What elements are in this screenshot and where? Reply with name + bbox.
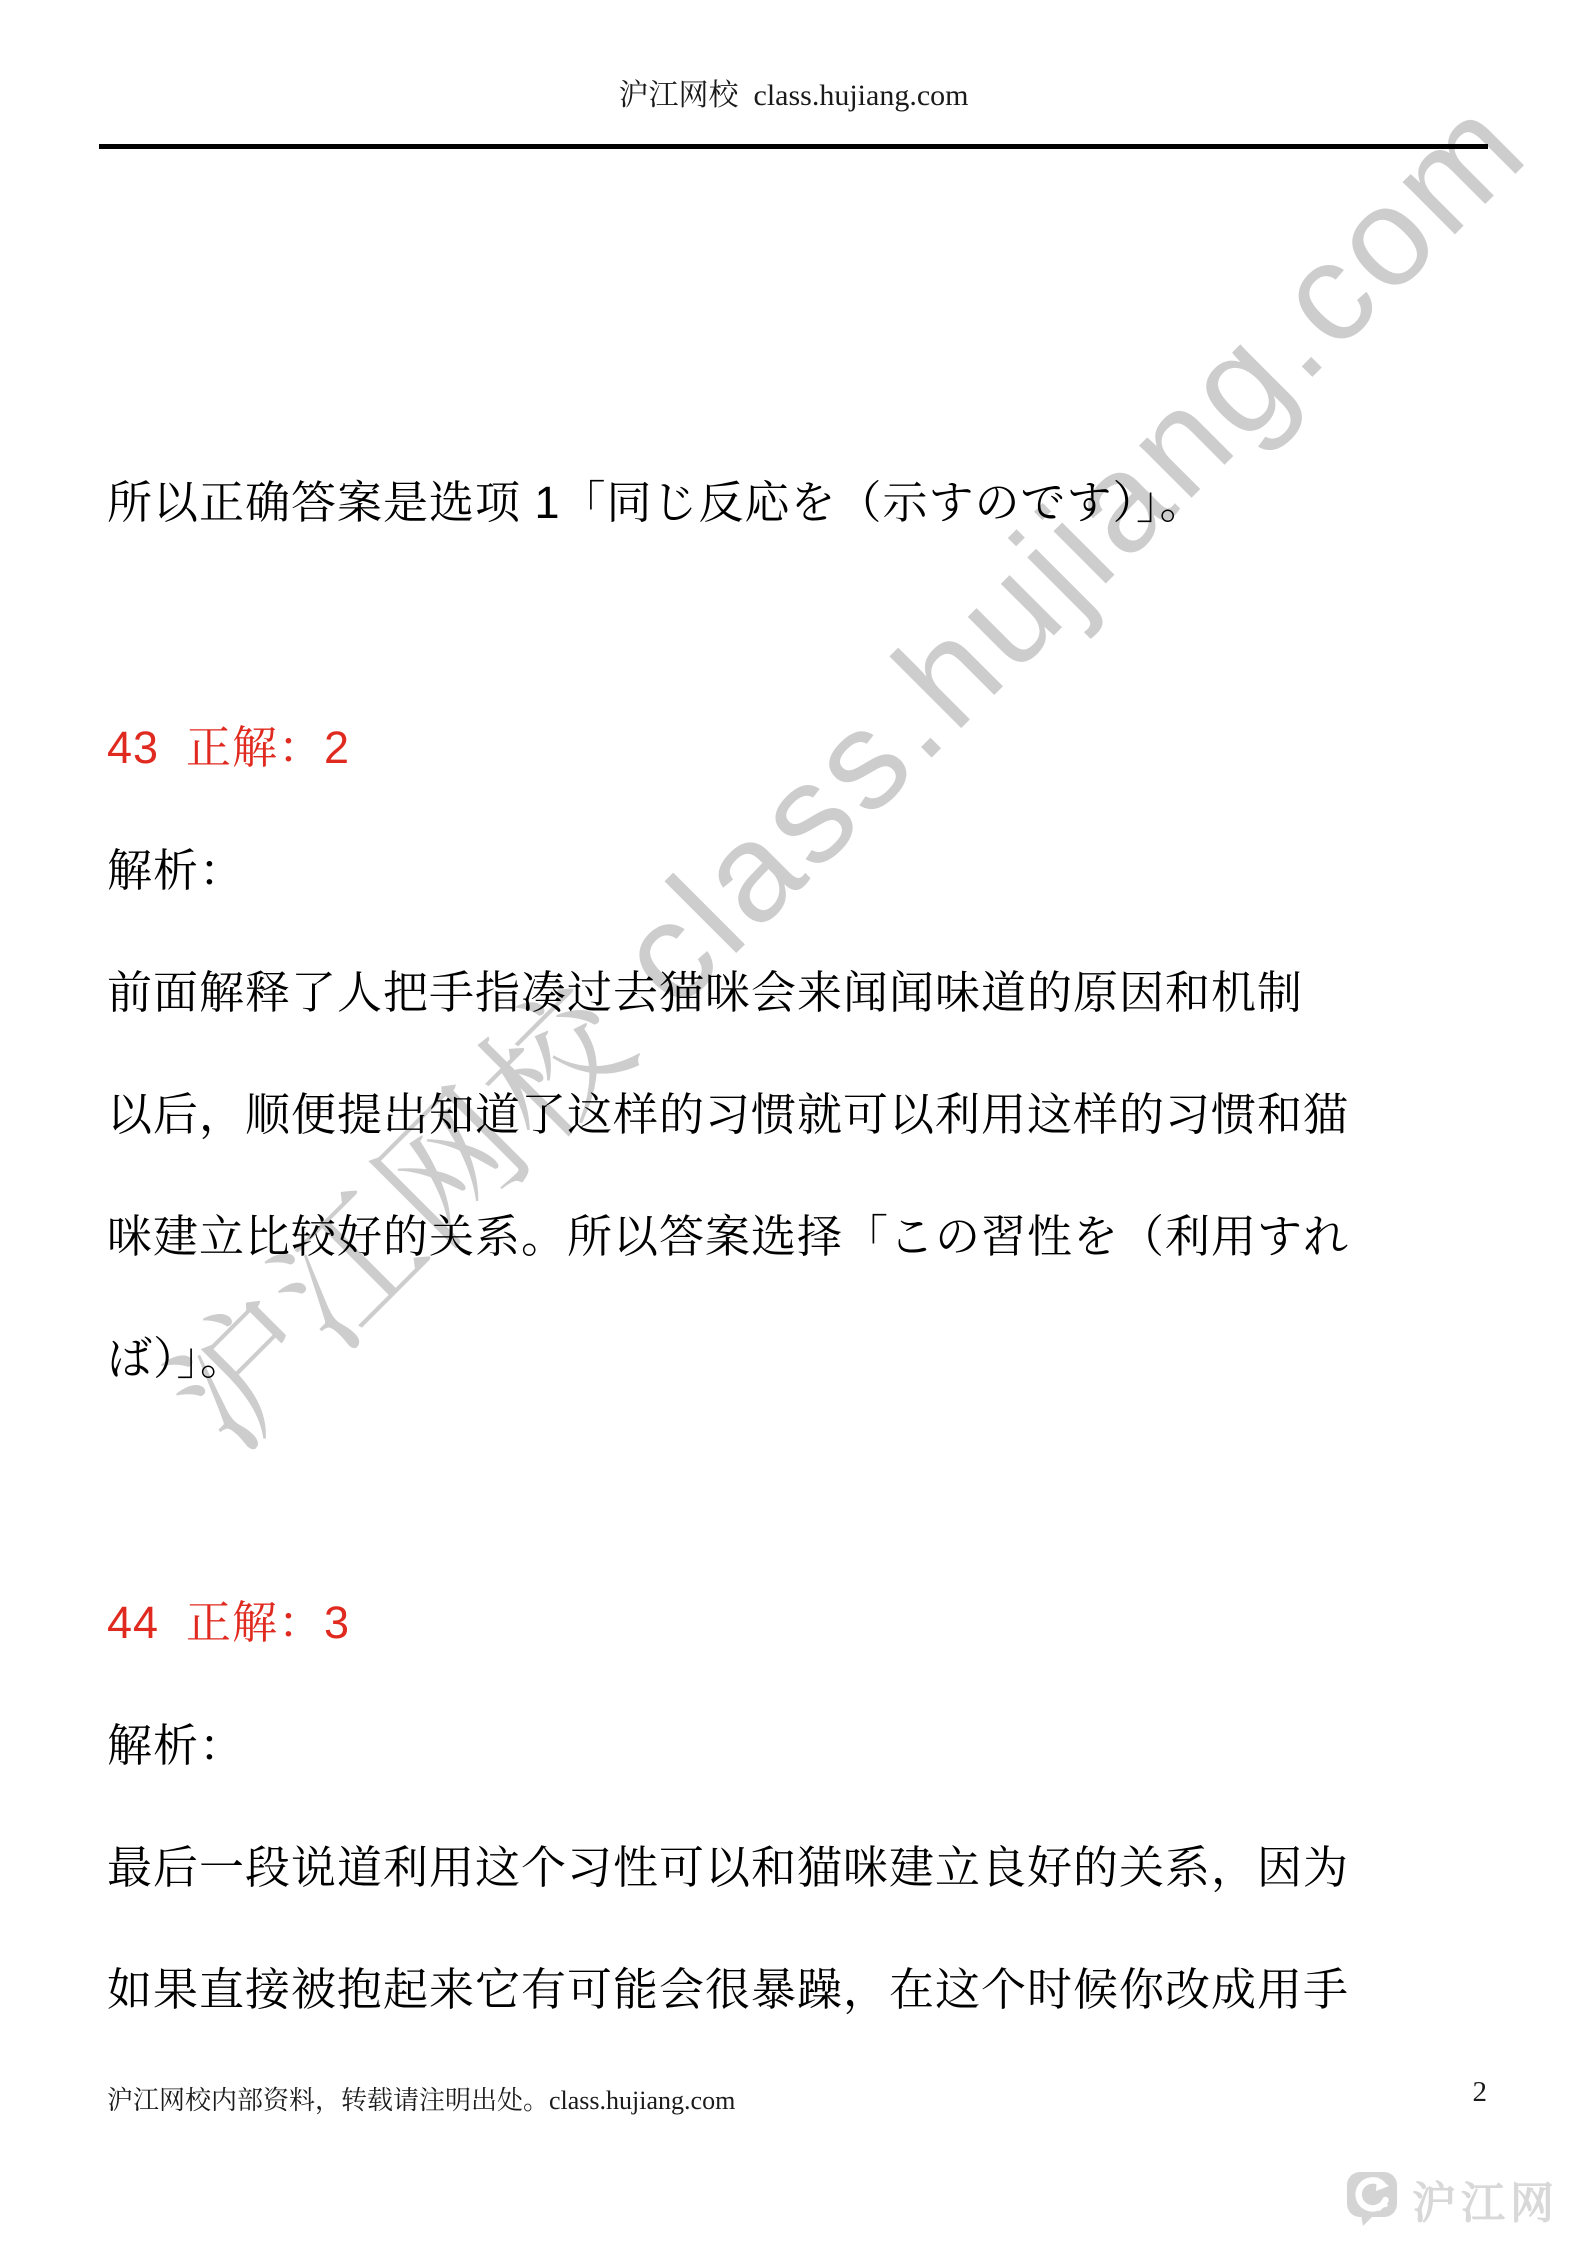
header-divider — [99, 144, 1488, 149]
header-title: 沪江网校 class.hujiang.com — [0, 70, 1587, 114]
question-44-analysis-label: 解析： — [107, 1720, 245, 1772]
document-page: 沪江网校 class.hujiang.com 沪江网校 class.hujian… — [0, 0, 1587, 2245]
footer-note: 沪江网校内部资料，转载请注明出处。class.hujiang.com — [107, 2080, 735, 2117]
question-43-analysis-line: 咪建立比较好的关系。所以答案选择「この習性を（利用すれ — [107, 1211, 1349, 1263]
hujiang-logo-text: 沪江网 — [1412, 2167, 1559, 2231]
answer-intro-line: 所以正确答案是选项 1「同じ反応を（示すのです）」。 — [107, 477, 1206, 529]
question-44-analysis-line: 最后一段说道利用这个习性可以和猫咪建立良好的关系，因为 — [107, 1842, 1349, 1894]
question-43-analysis-line: 以后，顺便提出知道了这样的习惯就可以利用这样的习惯和猫 — [107, 1089, 1349, 1141]
hujiang-logo: 沪江网 — [1346, 2167, 1559, 2231]
content-layer: 沪江网校 class.hujiang.com 所以正确答案是选项 1「同じ反応を… — [0, 0, 1587, 2245]
question-43-analysis-label: 解析： — [107, 845, 245, 897]
speech-bubble-refresh-icon — [1346, 2171, 1400, 2227]
question-44-analysis-line: 如果直接被抱起来它有可能会很暴躁，在这个时候你改成用手 — [107, 1964, 1349, 2016]
question-44-heading: 44 正解：3 — [107, 1597, 350, 1649]
page-number: 2 — [1473, 2076, 1488, 2109]
question-43-analysis-line: 前面解释了人把手指凑过去猫咪会来闻闻味道的原因和机制 — [107, 967, 1303, 1019]
question-43-heading: 43 正解：2 — [107, 722, 350, 774]
question-43-analysis-line: ば）」。 — [107, 1333, 246, 1385]
